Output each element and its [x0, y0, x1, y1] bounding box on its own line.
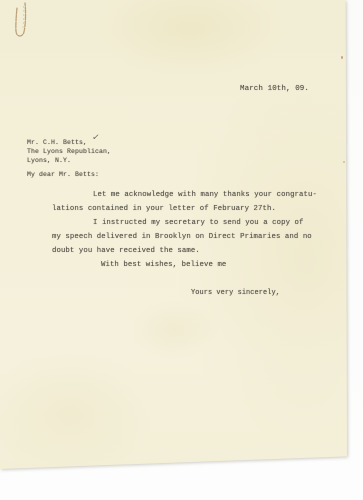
body-line: lations contained in your letter of Febr…: [52, 205, 276, 214]
pencil-check-mark-icon: ✓: [91, 133, 100, 144]
salutation: My dear Mr. Betts:: [27, 171, 99, 179]
recipient-name: Mr. C.H. Betts,: [27, 139, 87, 147]
paper-stain-speck: [341, 56, 343, 59]
paper-shadow-wrap: March 10th, 09. Mr. C.H. Betts, ✓ The Ly…: [0, 0, 363, 500]
paper-smudge: [130, 300, 220, 360]
recipient-organization: The Lyons Republican,: [27, 148, 111, 156]
closing-signoff: Yours very sincerely,: [191, 289, 280, 298]
body-line: doubt you have received the same.: [52, 247, 200, 256]
scanned-letter-page: { "letter": { "date": "March 10th, 09.",…: [0, 0, 363, 500]
letter-date: March 10th, 09.: [240, 85, 309, 94]
body-line: I instructed my secretary to send you a …: [93, 219, 304, 228]
body-line: my speech delivered in Brooklyn on Direc…: [52, 233, 312, 242]
body-line: With best wishes, believe me: [101, 261, 226, 270]
body-line: Let me acknowledge with many thanks your…: [93, 191, 317, 200]
letter-paper: March 10th, 09. Mr. C.H. Betts, ✓ The Ly…: [0, 0, 347, 469]
paper-stain-speck: [343, 161, 345, 163]
paperclip-rust-mark-icon: [9, 0, 33, 48]
recipient-city: Lyons, N.Y.: [27, 157, 71, 165]
